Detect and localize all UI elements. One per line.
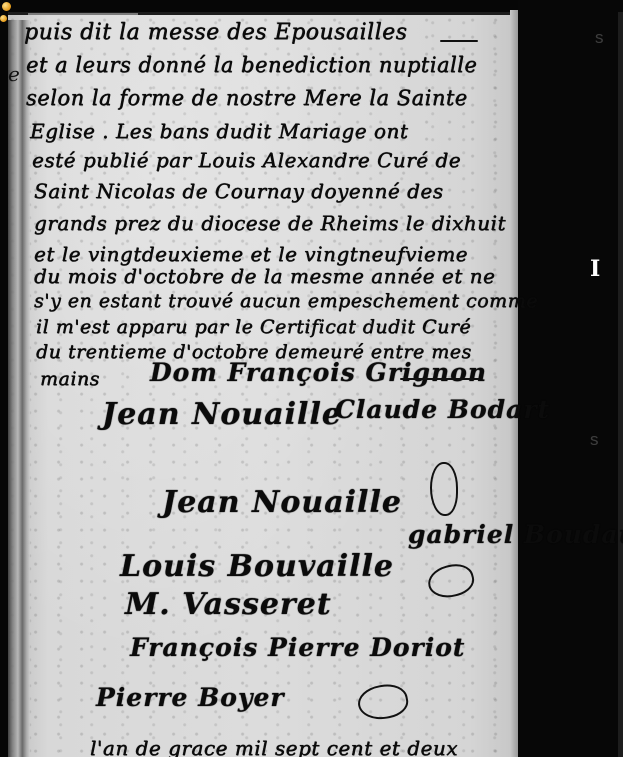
viewer-frame-right (518, 0, 623, 757)
document-viewer: e puis dit la messe des Epousailles et a… (0, 0, 623, 757)
body-line-13: mains (40, 370, 100, 389)
officiant-signature: Dom François Grignon (150, 360, 487, 385)
top-rule (28, 13, 138, 15)
signature-5: gabriel Boudau (408, 522, 623, 547)
body-line-3: selon la forme de nostre Mere la Sainte (26, 88, 468, 109)
body-line-10: s'y en estant trouvé aucun empeschement … (34, 292, 538, 311)
watermark: s (595, 28, 605, 48)
margin-fragment: e (8, 62, 20, 86)
signature-8: Pierre Boyer (96, 685, 285, 710)
paraph-flourish (430, 462, 458, 516)
body-line-bottom: l'an de grace mil sept cent et deux (90, 738, 458, 757)
signature-6: M. Vasseret (125, 590, 332, 620)
page-binding-edge (8, 20, 30, 757)
signature-2: Claude Bodart (335, 397, 550, 422)
signature-3: Jean Nouaille (162, 488, 402, 518)
side-mark: I (590, 256, 600, 282)
page-edge (510, 10, 518, 757)
body-line-8: et le vingtdeuxieme et le vingtneufvieme (34, 244, 468, 264)
watermark: s (590, 430, 600, 450)
marker-dot-icon[interactable] (0, 15, 7, 22)
body-line-7: grands prez du diocese de Rheims le dixh… (34, 213, 506, 233)
body-line-9: du mois d'octobre de la mesme année et n… (34, 266, 495, 286)
line-swash (440, 40, 478, 42)
signature-1: Jean Nouaille (102, 400, 342, 430)
marker-dot-icon[interactable] (2, 2, 11, 11)
body-line-1: puis dit la messe des Epousailles (24, 22, 407, 44)
signature-4: Louis Bouvaille (120, 552, 394, 582)
body-line-11: il m'est apparu par le Certificat dudit … (36, 318, 471, 337)
signature-7: François Pierre Doriot (130, 635, 465, 660)
body-line-6: Saint Nicolas de Cournay doyenné des (34, 181, 443, 201)
body-line-5: esté publié par Louis Alexandre Curé de (32, 150, 461, 170)
body-line-2: et a leurs donné la benediction nuptiall… (26, 55, 477, 76)
body-line-4: Eglise . Les bans dudit Mariage ont (30, 121, 408, 141)
signature-underline (400, 378, 480, 380)
